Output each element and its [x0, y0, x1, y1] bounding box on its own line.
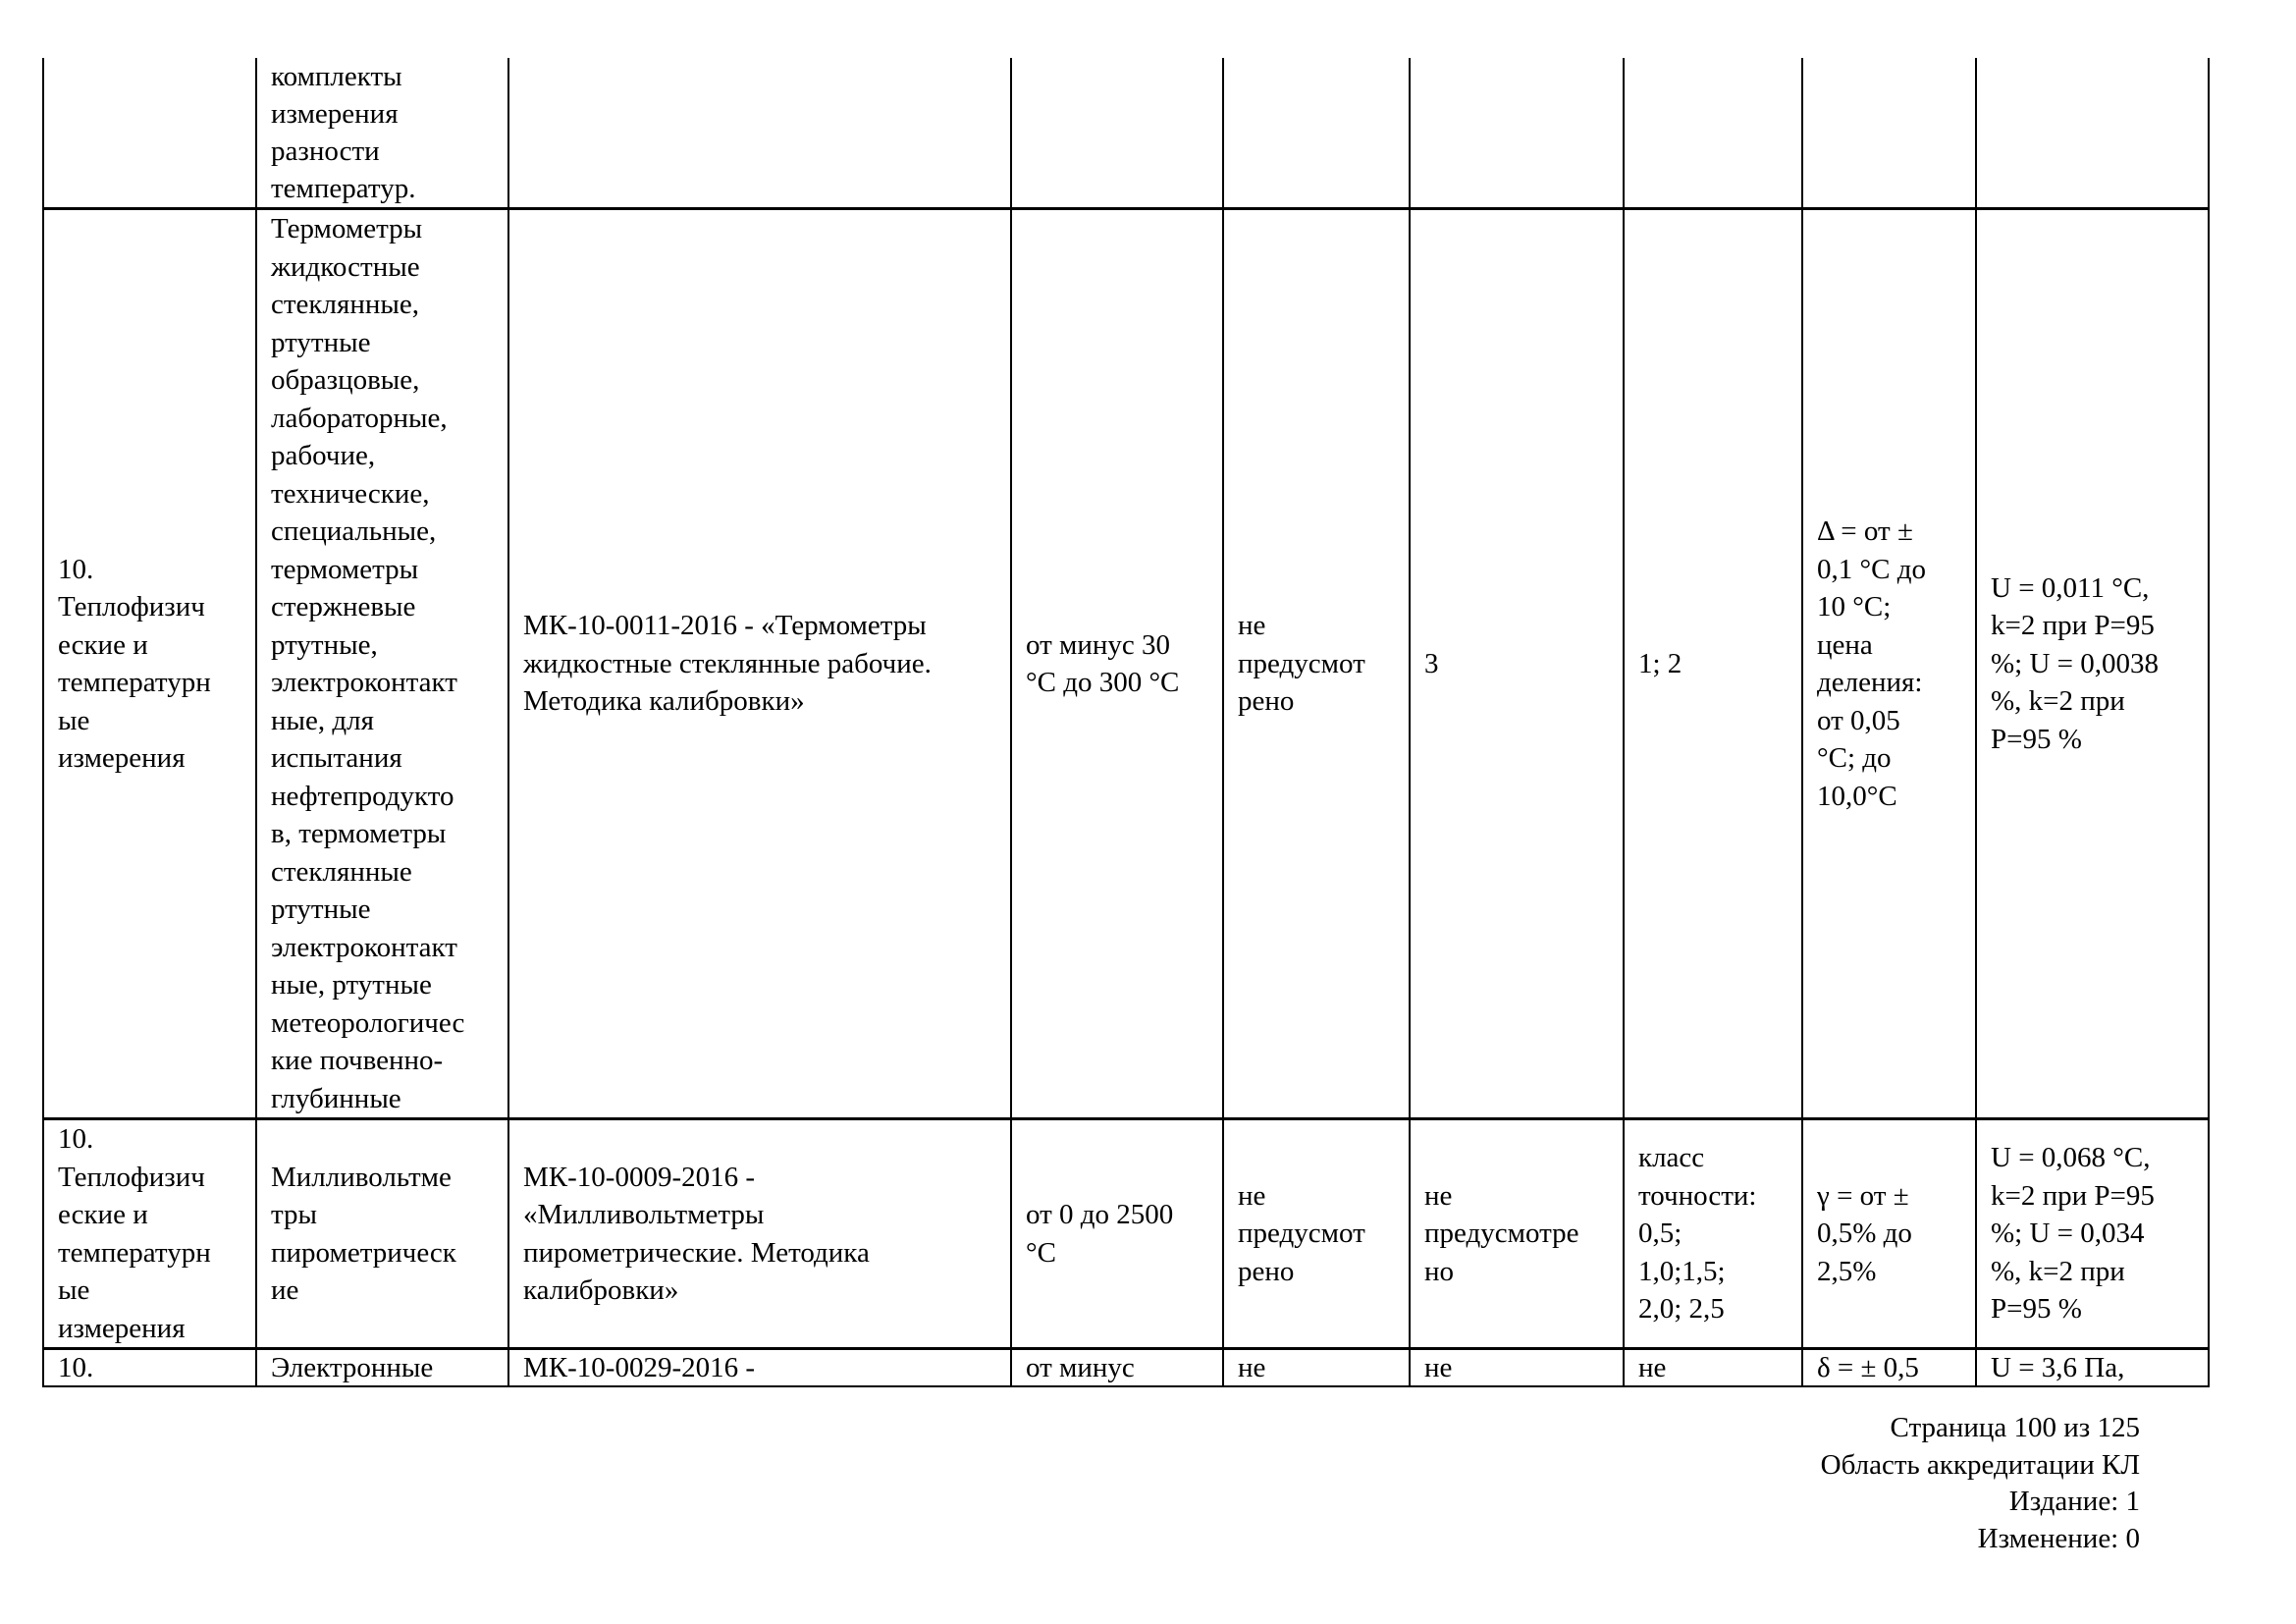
edition-label: Издание: 1: [1821, 1484, 2140, 1521]
table-cell-method: МК-10-0009-2016 - «Милливольтметры пиром…: [508, 1119, 1011, 1349]
page-number: Страница 100 из 125: [1821, 1410, 2140, 1447]
page-footer: Страница 100 из 125 Область аккредитации…: [1821, 1410, 2140, 1557]
table-cell-method: МК-10-0011-2016 - «Термометры жидкостные…: [508, 209, 1011, 1119]
table-cell-col5: не предусмот рено: [1223, 209, 1410, 1119]
table-cell-col6: 3: [1410, 209, 1624, 1119]
table-row: 10. Электронные МК-10-0029-2016 - от мин…: [43, 1349, 2209, 1387]
table-cell-field: [43, 58, 256, 209]
table-cell-class: не: [1624, 1349, 1802, 1387]
table-cell-range: от минус 30 °С до 300 °С: [1011, 209, 1223, 1119]
accreditation-scope-table: комплекты измерения разности температур.…: [42, 58, 2210, 1387]
table-row: 10. Теплофизич еские и температурн ые из…: [43, 1119, 2209, 1349]
table-cell-error: [1802, 58, 1976, 209]
table-cell-uncertainty: U = 0,011 °С, k=2 при Р=95 %; U = 0,0038…: [1976, 209, 2209, 1119]
table-cell-col5: не предусмот рено: [1223, 1119, 1410, 1349]
table-cell-col6: не предусмотре но: [1410, 1119, 1624, 1349]
table-cell-col6: не: [1410, 1349, 1624, 1387]
table-cell-uncertainty: U = 3,6 Па,: [1976, 1349, 2209, 1387]
document-page: комплекты измерения разности температур.…: [0, 0, 2296, 1624]
table-cell-method: МК-10-0029-2016 -: [508, 1349, 1011, 1387]
table-cell-uncertainty: [1976, 58, 2209, 209]
table-cell-range: [1011, 58, 1223, 209]
table-cell-instrument: комплекты измерения разности температур.: [256, 58, 508, 209]
table-cell-error: Δ = от ± 0,1 °С до 10 °С; цена деления: …: [1802, 209, 1976, 1119]
table-row: 10. Теплофизич еские и температурн ые из…: [43, 209, 2209, 1119]
table-cell-class: 1; 2: [1624, 209, 1802, 1119]
table-cell-method: [508, 58, 1011, 209]
accreditation-scope-label: Область аккредитации КЛ: [1821, 1447, 2140, 1485]
table-cell-field: 10. Теплофизич еские и температурн ые из…: [43, 1119, 256, 1349]
table-cell-range: от 0 до 2500 °С: [1011, 1119, 1223, 1349]
table-cell-field: 10. Теплофизич еские и температурн ые из…: [43, 209, 256, 1119]
table-cell-class: класс точности: 0,5; 1,0;1,5; 2,0; 2,5: [1624, 1119, 1802, 1349]
table-cell-error: δ = ± 0,5: [1802, 1349, 1976, 1387]
table-cell-instrument: Милливольтме тры пирометрическ ие: [256, 1119, 508, 1349]
revision-label: Изменение: 0: [1821, 1521, 2140, 1558]
table-cell-col5: [1223, 58, 1410, 209]
table-cell-uncertainty: U = 0,068 °С, k=2 при Р=95 %; U = 0,034 …: [1976, 1119, 2209, 1349]
table-cell-range: от минус: [1011, 1349, 1223, 1387]
table-cell-field: 10.: [43, 1349, 256, 1387]
table-row: комплекты измерения разности температур.: [43, 58, 2209, 209]
table-cell-col5: не: [1223, 1349, 1410, 1387]
table-cell-col6: [1410, 58, 1624, 209]
table-cell-error: γ = от ± 0,5% до 2,5%: [1802, 1119, 1976, 1349]
table-cell-instrument: Электронные: [256, 1349, 508, 1387]
table-cell-class: [1624, 58, 1802, 209]
table-cell-instrument: Термометры жидкостные стеклянные, ртутны…: [256, 209, 508, 1119]
